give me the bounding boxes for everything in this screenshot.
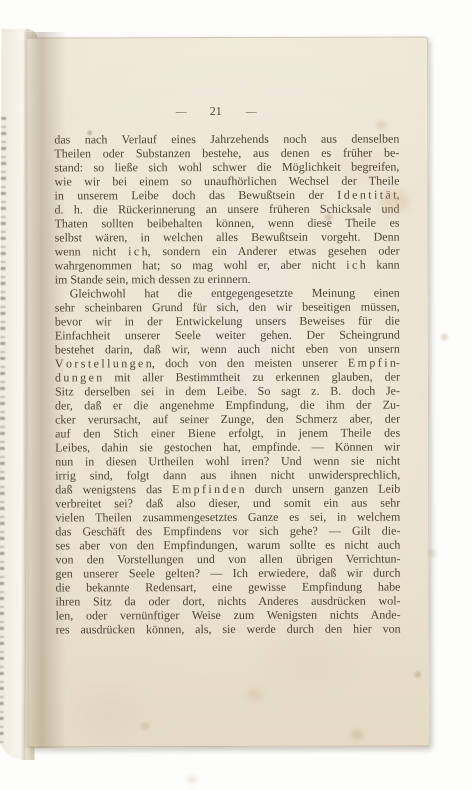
text-line: ses aber von den Empfindungen, warum sol… bbox=[55, 538, 400, 553]
text-line: das nach Verlauf eines Jahrzehends noch … bbox=[54, 132, 399, 147]
text-line: wenn nicht i c h, sondern ein Anderer et… bbox=[55, 244, 400, 259]
text-line: res ausdrücken können, als, sie werde du… bbox=[56, 622, 401, 637]
text-line: stand: so ließe sich wohl schwer die Mög… bbox=[54, 160, 399, 175]
text-line: len, oder vernünftiger Weise zum Wenigst… bbox=[56, 608, 401, 623]
text-line: der, daß er die angenehme Empfindung, di… bbox=[55, 398, 400, 413]
text-line: nun in diesen Urtheilen wohl irren? Und … bbox=[55, 454, 400, 469]
text-line: Theilen oder Substanzen bestehe, aus den… bbox=[54, 146, 399, 161]
text-line: bestehet darin, daß wir, wenn auch nicht… bbox=[55, 342, 400, 357]
foxing-spot bbox=[247, 688, 263, 701]
text-line: von den Vorstellungen und von allen übri… bbox=[55, 552, 400, 567]
text-line: V o r s t e l l u n g e n, doch von den … bbox=[55, 356, 400, 371]
text-line: im Stande sein, mich dessen zu erinnern. bbox=[55, 272, 400, 287]
book-page: — 21 — das nach Verlauf eines Jahrzehend… bbox=[27, 36, 430, 747]
foxing-spot bbox=[441, 333, 448, 340]
text-line: d. h. die Rückerinnerung an unsere frühe… bbox=[55, 202, 400, 217]
page-number: — 21 — bbox=[43, 104, 388, 120]
text-line: d u n g e n mit aller Bestimmtheit zu er… bbox=[55, 370, 400, 385]
text-line: daß wenigstens das E m p f i n d e n dur… bbox=[55, 482, 400, 497]
text-line: irrig sind, folgt dann aus ihnen nicht u… bbox=[55, 468, 400, 483]
body-text: das nach Verlauf eines Jahrzehends noch … bbox=[54, 132, 400, 637]
text-line: verbreitet sei? daß also dieser, und som… bbox=[55, 496, 400, 511]
text-line: Leibes, dahin sie gestochen hat, empfind… bbox=[55, 440, 400, 455]
bleedthrough-text-marks bbox=[0, 117, 6, 747]
text-line: Einfachheit unserer Seele weiter gehen. … bbox=[55, 328, 400, 343]
foxing-spot bbox=[428, 549, 436, 557]
text-line: Gleichwohl hat die entgegengesetzte Mein… bbox=[55, 286, 400, 301]
text-line: bevor wir in der Entwickelung unsers Bew… bbox=[55, 314, 400, 329]
foxing-spot bbox=[415, 671, 421, 677]
page-number-dash-left: — bbox=[176, 106, 186, 118]
foxing-spot bbox=[376, 121, 386, 130]
text-line: die bekannte Redensart, eine gewisse Emp… bbox=[55, 580, 400, 595]
text-line: wie wir bei einem so unaufhörlichen Wech… bbox=[54, 174, 399, 189]
text-line: cker verursacht, auf seiner Zunge, den S… bbox=[55, 412, 400, 427]
text-line: sehr scheinbaren Grund für sich, den wir… bbox=[55, 300, 400, 315]
text-line: Sitz derselben sei in dem Leibe. So sagt… bbox=[55, 384, 400, 399]
text-line: in unserem Leibe doch das Bewußtsein der… bbox=[54, 188, 399, 203]
book-photo: — 21 — das nach Verlauf eines Jahrzehend… bbox=[0, 0, 472, 790]
text-line: Thaten sollten beibehalten können, wenn … bbox=[55, 216, 400, 231]
page-number-value: 21 bbox=[210, 104, 222, 119]
text-line: vielen Theilen zusammengesetztes Ganze e… bbox=[55, 510, 400, 525]
page-number-dash-right: — bbox=[246, 105, 256, 117]
text-line: ihren Sitz da oder dort, nichts Anderes … bbox=[56, 594, 401, 609]
foxing-spot bbox=[141, 722, 150, 730]
text-line: selbst wären, in welchen alles Bewußtsei… bbox=[55, 230, 400, 245]
text-line: gen unserer Seele gelten? — Ich erwieder… bbox=[55, 566, 400, 581]
text-line: das Geschäft des Empfindens vor sich geh… bbox=[55, 524, 400, 539]
text-line: auf den Stich einer Biene erfolgt, in je… bbox=[55, 426, 400, 441]
foxing-spot bbox=[351, 730, 364, 740]
text-line: wahrgenommen hat; so mag wohl er, aber n… bbox=[55, 258, 400, 273]
foxing-spot bbox=[187, 776, 197, 783]
